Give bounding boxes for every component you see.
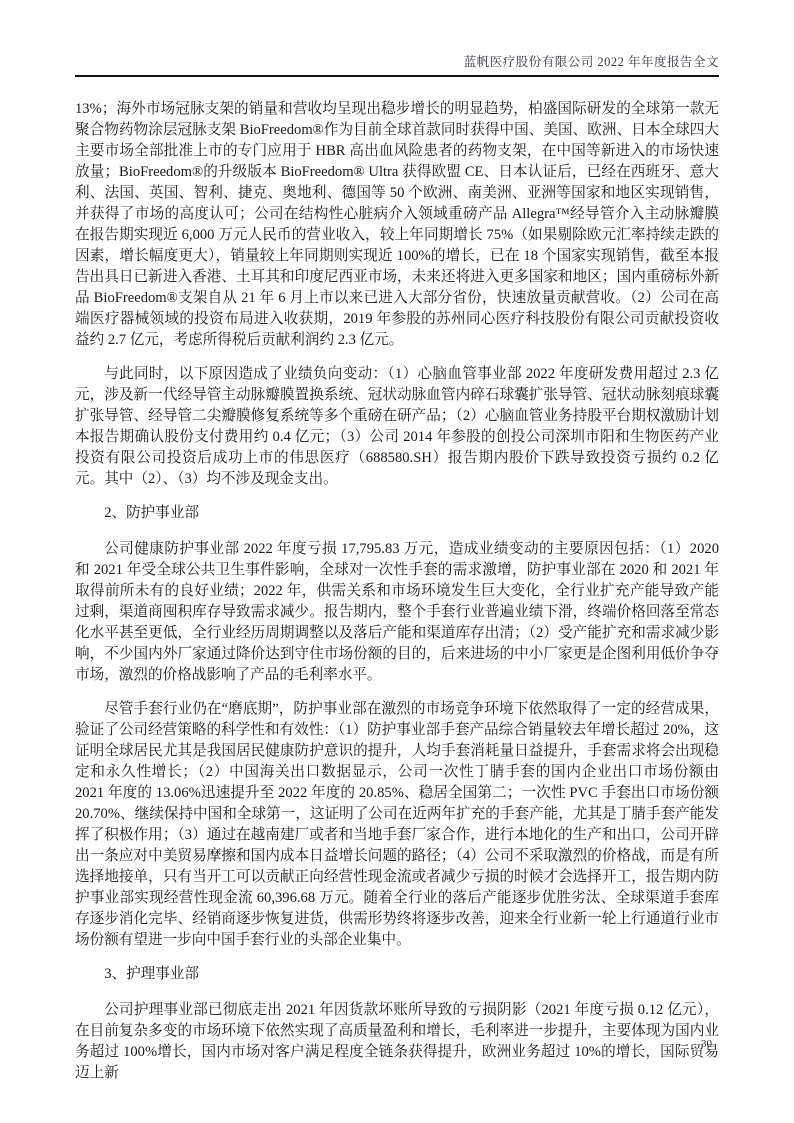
page-header: 蓝帆医疗股份有限公司 2022 年年度报告全文	[75, 0, 719, 77]
paragraph-protection-loss: 公司健康防护事业部 2022 年度亏损 17,795.83 万元，造成业绩变动的…	[75, 539, 719, 686]
section-heading-protection: 2、防护事业部	[75, 503, 719, 524]
document-body: 13%；海外市场冠脉支架的销量和营收均呈现出稳步增长的明显趋势，柏盛国际研发的全…	[75, 99, 719, 1084]
paragraph-protection-results: 尽管手套行业仍在“磨底期”，防护事业部在激烈的市场竞争环境下依然取得了一定的经营…	[75, 699, 719, 951]
paragraph-nursing: 公司护理事业部已彻底走出 2021 年因货款坏账所导致的亏损阴影（2021 年度…	[75, 1000, 719, 1084]
section-heading-nursing: 3、护理事业部	[75, 964, 719, 985]
paragraph-continuation: 13%；海外市场冠脉支架的销量和营收均呈现出稳步增长的明显趋势，柏盛国际研发的全…	[75, 99, 719, 351]
page-number: 30	[701, 1038, 712, 1050]
report-page: 蓝帆医疗股份有限公司 2022 年年度报告全文 13%；海外市场冠脉支架的销量和…	[0, 0, 794, 1123]
paragraph-negative-factors: 与此同时，以下原因造成了业绩负向变动：（1）心脑血管事业部 2022 年度研发费…	[75, 364, 719, 490]
report-title: 蓝帆医疗股份有限公司 2022 年年度报告全文	[464, 55, 719, 69]
